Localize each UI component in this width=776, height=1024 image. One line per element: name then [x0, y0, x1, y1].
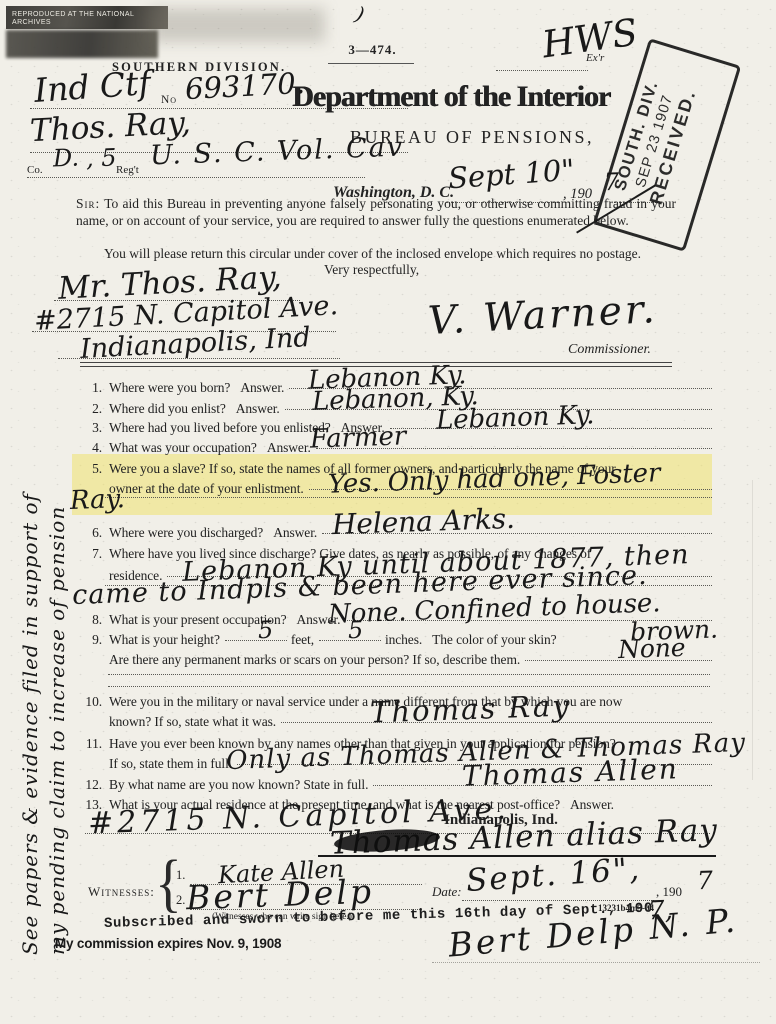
q1-answer-label: Answer.	[240, 378, 284, 397]
q10-number: 10.	[70, 692, 109, 711]
q10-answer-handwriting: Thomas Ray	[370, 692, 571, 728]
date-label: Date:	[432, 884, 462, 900]
margin-note-handwriting: See papers & evidence filed in support o…	[17, 195, 73, 955]
notary-line	[432, 962, 760, 963]
addressee-city-line	[58, 358, 340, 359]
q4-answer-label: Answer.	[267, 438, 311, 457]
q5-number: 5.	[70, 459, 109, 478]
q1-number: 1.	[70, 378, 109, 397]
commissioner-title: Commissioner.	[568, 342, 651, 358]
q9-skin-text: The color of your skin?	[432, 630, 556, 649]
q9-number: 9.	[70, 630, 109, 649]
q2-answer-label: Answer.	[236, 399, 280, 418]
blank-line-1	[108, 674, 710, 675]
certificate-number-handwriting: 693170.	[184, 69, 305, 104]
question-2: 2. Where did you enlist? Answer. Lebanon…	[70, 399, 712, 418]
question-10-line2: known? If so, state what it was. Thomas …	[70, 712, 712, 731]
q5-answer2-handwriting: Ray.	[70, 486, 126, 514]
q9-text: What is your height?	[109, 630, 220, 649]
question-6: 6. Where were you discharged? Answer. He…	[70, 523, 712, 542]
number-label: No	[161, 94, 177, 106]
q9-marks-text: Are there any permanent marks or scars o…	[109, 650, 520, 669]
q11-number: 11.	[70, 734, 109, 753]
date-handwriting: Sept 10"	[447, 156, 575, 194]
witnesses-label: Witnesses:	[88, 884, 155, 900]
pension-form-document: REPRODUCED AT THE NATIONAL ARCHIVES 3—47…	[0, 0, 776, 1024]
q9-inches-label: inches.	[385, 630, 422, 649]
witness-1-number: 1.	[176, 868, 185, 883]
q2-text: Where did you enlist?	[109, 399, 226, 418]
question-8: 8. What is your present occupation? Answ…	[70, 610, 712, 629]
regiment-label: Reg't	[116, 164, 139, 176]
regiment-handwriting: U. S. C. Vol. Cav	[150, 134, 405, 170]
commission-stamp: My commission expires Nov. 9, 1908	[55, 936, 281, 951]
q5-line2	[105, 497, 712, 498]
date-value-handwriting: Sept. 16",	[465, 854, 642, 897]
q9-feet-label: feet,	[291, 630, 314, 649]
examiner-label: Ex'r	[586, 52, 604, 64]
question-5-line3: Ray.	[70, 500, 712, 501]
margin-note-line1: See papers & evidence filed in support o…	[17, 195, 44, 955]
examiner-line	[496, 70, 588, 71]
q12-answer-handwriting: Thomas Allen	[462, 755, 680, 791]
national-archives-stamp: REPRODUCED AT THE NATIONAL ARCHIVES	[6, 6, 168, 29]
question-12: 12. By what name are you now known? Stat…	[70, 775, 712, 794]
form-number: 3—474.	[300, 42, 445, 58]
date-year-handwriting: 7	[697, 868, 714, 894]
q10-text2: known? If so, state what it was.	[109, 712, 276, 731]
commissioner-signature: V. Warner.	[427, 290, 658, 341]
department-title: Department of the Interior	[292, 80, 610, 114]
q4-answer-handwriting: Farmer	[310, 423, 407, 452]
q4-text: What was your occupation?	[109, 438, 257, 457]
q8-number: 8.	[70, 610, 109, 629]
q7-number: 7.	[70, 544, 109, 563]
q13-answer-label: Answer.	[570, 795, 614, 814]
q3-answer-handwriting: Lebanon Ky.	[436, 402, 595, 434]
q6-answer-label: Answer.	[273, 523, 317, 542]
stamp-smudge	[6, 30, 158, 58]
q12-number: 12.	[70, 775, 109, 794]
stray-pen-mark: )	[353, 3, 367, 24]
fold-crease	[752, 480, 753, 780]
q4-number: 4.	[70, 438, 109, 457]
q1-text: Where were you born?	[109, 378, 230, 397]
q3-number: 3.	[70, 418, 109, 437]
q9-feet-line	[225, 640, 287, 641]
regiment-number-handwriting: , 5	[86, 145, 117, 170]
q11-text2: If so, state them in full.	[109, 754, 232, 773]
question-4: 4. What was your occupation? Answer. Far…	[70, 438, 712, 457]
letter-paragraph-2: You will please return this circular und…	[104, 246, 684, 262]
q9-feet-handwriting: 5	[258, 618, 274, 643]
q3-text: Where had you lived before you enlisted?	[109, 418, 331, 437]
q12-text: By what name are you now known? State in…	[109, 775, 368, 794]
q5-text2: owner at the date of your enlistment.	[109, 479, 304, 498]
company-handwriting: D.	[53, 146, 80, 171]
letter-paragraph-1-text: To aid this Bureau in preventing anyone …	[76, 196, 676, 228]
letter-paragraph-1: Sir: To aid this Bureau in preventing an…	[76, 196, 676, 230]
q6-text: Where were you discharged?	[109, 523, 263, 542]
salutation: Sir:	[76, 196, 100, 211]
company-line	[27, 177, 365, 178]
stamp-smear	[150, 8, 325, 42]
question-9-line2: Are there any permanent marks or scars o…	[70, 650, 712, 669]
margin-note-line2: my pending claim to increase of pension	[44, 195, 71, 955]
q6-number: 6.	[70, 523, 109, 542]
witness-2-number: 2.	[176, 893, 185, 908]
form-number-rule	[328, 63, 414, 64]
q2-number: 2.	[70, 399, 109, 418]
blank-line-2	[108, 686, 710, 687]
certificate-prefix-handwriting: Ind Ctf	[33, 66, 152, 107]
q9-marks-handwriting: None	[618, 635, 686, 662]
witnesses-brace: {	[155, 847, 182, 921]
q6-answer-handwriting: Helena Arks.	[332, 505, 516, 539]
question-9-line1: 9. What is your height? feet, inches. Th…	[70, 630, 712, 649]
q9-inches-handwriting: 5	[348, 618, 364, 643]
letter-closing: Very respectfully,	[324, 262, 419, 278]
company-label: Co.	[27, 164, 43, 176]
question-5-line2: owner at the date of your enlistment. Ye…	[70, 479, 712, 498]
